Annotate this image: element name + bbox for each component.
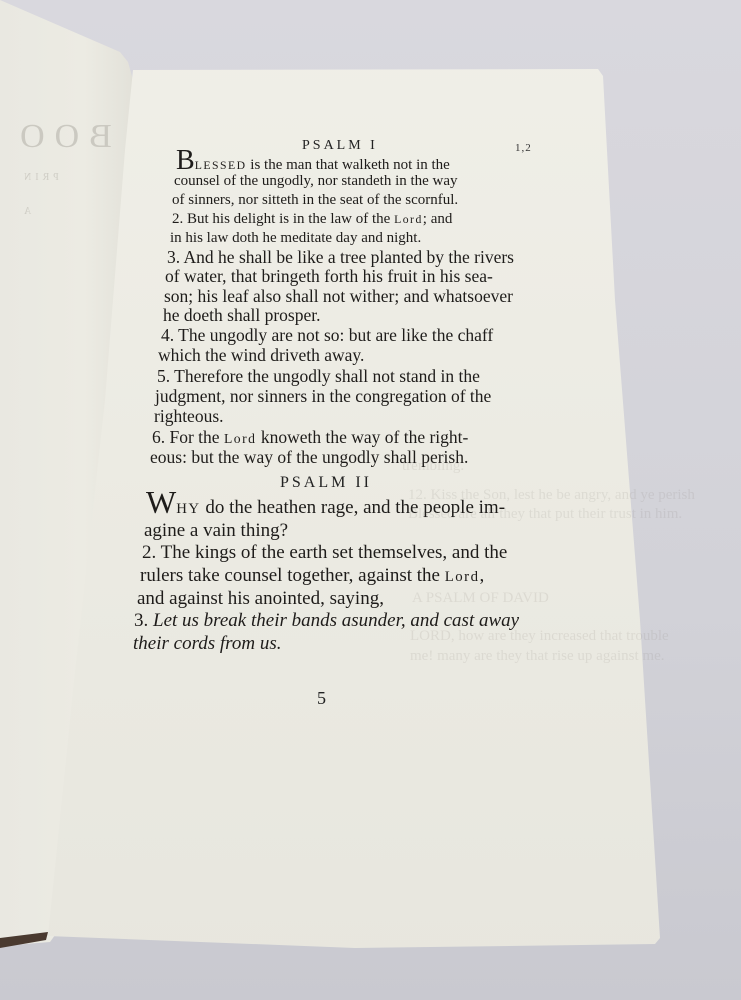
verse-folio: 1,2 xyxy=(515,142,532,154)
psalm-1-line: he doeth shall prosper. xyxy=(163,307,320,325)
psalm-2-line: WHY do the heathen rage, and the people … xyxy=(146,490,505,517)
small-caps: HY xyxy=(176,501,200,517)
psalm-2-line: and against his anointed, saying, xyxy=(137,589,384,608)
psalm-2-line: agine a vain thing? xyxy=(144,521,288,540)
psalm-2-line: 3. Let us break their bands asunder, and… xyxy=(134,611,519,630)
small-caps: Lord xyxy=(445,569,480,585)
psalm-2-line: their cords from us. xyxy=(133,634,281,653)
psalm-1-line: BLESSED is the man that walketh not in t… xyxy=(176,150,450,173)
page-number: 5 xyxy=(317,688,326,709)
small-caps: Lord xyxy=(224,431,257,446)
verse-number: 3. xyxy=(134,610,153,631)
psalm-1-line: 4. The ungodly are not so: but are like … xyxy=(161,327,493,345)
line-text: do the heathen rage, and the people im- xyxy=(201,497,505,518)
line-text: knoweth the way of the right- xyxy=(256,427,468,447)
drop-cap: B xyxy=(176,145,195,176)
line-text: 6. For the xyxy=(152,427,224,447)
small-caps: LESSED xyxy=(195,159,247,172)
line-text: , xyxy=(480,565,485,586)
line-text: rulers take counsel together, against th… xyxy=(140,565,445,586)
psalm-1-line: 5. Therefore the ungodly shall not stand… xyxy=(157,368,480,386)
psalm-1-line: son; his leaf also shall not wither; and… xyxy=(164,288,513,306)
showthrough-line: A PSALM OF DAVID xyxy=(412,590,549,607)
psalm-1-line: 6. For the Lord knoweth the way of the r… xyxy=(152,429,468,447)
psalm-1-line: 3. And he shall be like a tree planted b… xyxy=(167,249,514,267)
psalm-1-line: righteous. xyxy=(154,408,224,426)
small-caps: Lord xyxy=(394,213,423,226)
psalm-1-line: eous: but the way of the ungodly shall p… xyxy=(150,449,468,467)
right-page-text: trembling. 12. Kiss the Son, lest he be … xyxy=(0,0,741,1000)
psalm-1-line: of water, that bringeth forth his fruit … xyxy=(165,268,493,286)
psalm-1-line: in his law doth he meditate day and nigh… xyxy=(170,231,421,246)
psalm-1-line: of sinners, nor sitteth in the seat of t… xyxy=(172,193,458,208)
psalm-1-line: counsel of the ungodly, nor standeth in … xyxy=(174,174,458,189)
line-text: is the man that walketh not in the xyxy=(247,157,450,173)
psalm-2-line: rulers take counsel together, against th… xyxy=(140,566,484,585)
line-text: 2. But his delight is in the law of the xyxy=(172,211,394,227)
showthrough-line: me! many are they that rise up against m… xyxy=(410,648,665,665)
psalm-2-line: 2. The kings of the earth set themselves… xyxy=(142,543,507,562)
photo-scene: BOO PRIN A trembling. 12. Kiss the Son, … xyxy=(0,0,741,1000)
line-text: Let us break their bands asunder, and ca… xyxy=(153,610,519,631)
psalm-1-line: judgment, nor sinners in the congregatio… xyxy=(155,388,491,406)
drop-cap: W xyxy=(146,484,176,520)
psalm-1-line: which the wind driveth away. xyxy=(158,347,364,365)
line-text: ; and xyxy=(423,211,453,227)
psalm-1-line: 2. But his delight is in the law of the … xyxy=(172,212,452,227)
